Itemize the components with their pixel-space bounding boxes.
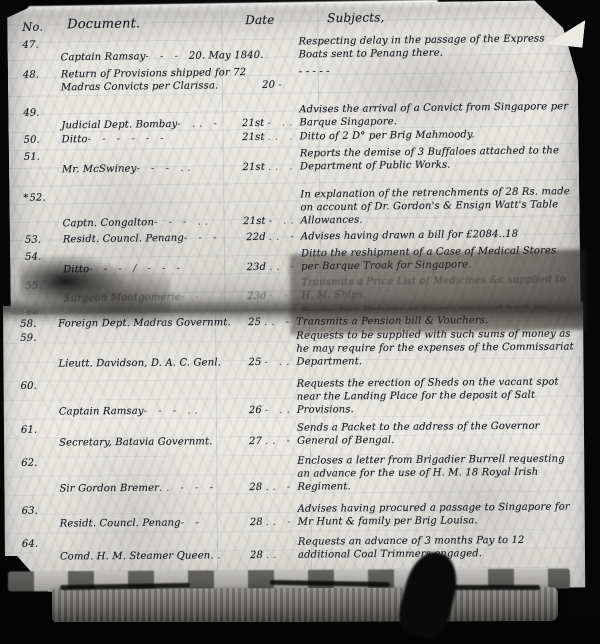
entry-date: 23d (247, 290, 267, 303)
register-entry: 53. Residt. Councl. Penang - - - 22d .. … (24, 227, 574, 247)
entry-subject: Requests to be supplied with such sums o… (296, 328, 575, 369)
entry-subject: Encloses a letter from Brigadier Burrell… (297, 453, 576, 494)
dash-leader: - .. (269, 215, 295, 228)
entry-subject: Ditto the reshipment of a Case of Medica… (301, 244, 574, 273)
dash-leader: .. - (264, 316, 290, 329)
register-entry: 61. Secretary, Batavia Governmt. 27 .. -… (20, 420, 576, 450)
dash-leader: - - - - - - (88, 131, 243, 146)
entry-document: Captain Ramsay - - - - - 20. May 1840. (60, 36, 292, 65)
dash-leader: .. (210, 549, 250, 562)
entry-number: 54. (24, 250, 57, 276)
entry-number: *52. (23, 191, 56, 230)
entry-date: 28 (250, 549, 263, 562)
entry-number: 64. (21, 538, 54, 564)
entry-document: Ditto - - - - - - 21st .. .. (62, 131, 294, 147)
entry-subject: - - - - - (299, 62, 572, 91)
dash-leader: - - - / - - - (89, 261, 247, 276)
dash-leader: - - (269, 289, 295, 302)
entry-number: 56. (25, 308, 58, 315)
entry-number: 63. (21, 505, 54, 531)
entry-document: Mr. McSwiney - - - .. 21st .. .. (62, 148, 294, 177)
dash-leader: - - - .. (136, 161, 242, 175)
entry-document: Ditto - - - / - - - 23d .. - (63, 247, 295, 276)
entry-number: 58. (19, 318, 52, 331)
register-page-top: No. Document. Date Subjects, 47. Captain… (7, 0, 581, 315)
entry-document: Lieutt. Davidson, D. A. C. Genl. 25 - .. (58, 330, 290, 371)
entry-document: Secretary, Batavia Governmt. 27 .. - (59, 422, 291, 450)
entry-number: 55. (24, 279, 57, 305)
entry-document: Residt. Councl. Penang - - 28 .. - (60, 503, 292, 531)
dash-leader: - - - .. (144, 404, 249, 418)
entry-date: 26 (249, 404, 262, 417)
dash-leader: - - - - - (145, 50, 189, 64)
entry-document: Comd. H. M. Steamer Queen .. 28 .. (60, 536, 292, 564)
document-name: Return of Provisions shipped for 72 Madr… (61, 66, 258, 94)
entry-date: 23d (247, 261, 267, 274)
document-name: Judicial Dept. Bombay (61, 118, 177, 132)
entry-document: Sir Gordon Bremer .. - - - 28 .. - (59, 455, 291, 496)
dash-leader: - .. (264, 356, 290, 369)
entry-date: 21st (242, 161, 265, 174)
entry-document: Foreign Dept. Madras Governmt. 25 .. - (58, 316, 290, 331)
register-entry: 62. Sir Gordon Bremer .. - - - 28 .. - E… (20, 453, 576, 496)
entry-subject: Ditto of 2 D° per Brig Mahmoody. (300, 127, 573, 143)
entry-list-top: 47. Captain Ramsay - - - - - 20. May 184… (7, 32, 580, 315)
entry-subject: In explanation of the retrenchments of 2… (300, 185, 573, 227)
register-entry: 60. Captain Ramsay - - - .. 26 - .. - Re… (20, 376, 576, 419)
entry-date: 21st (243, 215, 266, 228)
entry-subject: Advises having procured a passage to Sin… (298, 501, 577, 529)
entry-subject: Transmits a Pension bill & Vouchers. (296, 314, 575, 329)
dash-leader: - - - .. (154, 215, 243, 229)
entry-date: 28 (250, 516, 263, 529)
column-header-date: Date (245, 13, 274, 27)
document-name: Comd. H. M. Steamer Queen (60, 549, 210, 563)
book-fore-edge (52, 587, 558, 623)
dash-leader: .. - (265, 481, 291, 494)
backdrop-bottom (0, 622, 600, 644)
dash-leader: - .. - (265, 404, 291, 417)
dash-leader: .. .. (268, 131, 294, 144)
entry-document: Return of Provisions shipped for 72 Madr… (61, 66, 293, 95)
dash-leader: .. - - - (159, 481, 249, 495)
dash-leader: .. - (269, 231, 295, 244)
entry-date: 25 (248, 356, 261, 369)
register-entry: 59. Lieutt. Davidson, D. A. C. Genl. 25 … (19, 328, 575, 371)
entry-number: 50. (23, 133, 56, 146)
register-entry: 54. Ditto - - - / - - - 23d .. - Ditto t… (24, 244, 574, 277)
entry-number: 51. (23, 150, 56, 176)
entry-document: Captn. Congalton - - - .. 21st - .. (62, 189, 294, 231)
dash-leader: .. .. (268, 161, 294, 174)
document-name: Ditto (63, 263, 89, 276)
entry-subject: Requests the erection of Sheds on the va… (297, 376, 576, 417)
dash-leader: .. - (266, 516, 292, 529)
document-name: Captain Ramsay (59, 405, 144, 419)
entry-number: 61. (20, 424, 53, 450)
margin-mark: * (23, 193, 28, 204)
column-header-document: Document. (67, 16, 140, 32)
register-page-bottom: 58. Foreign Dept. Madras Governmt. 25 ..… (3, 301, 585, 592)
entry-number: 48. (22, 68, 55, 94)
register-entry: 47. Captain Ramsay - - - - - 20. May 184… (21, 32, 571, 65)
register-entry: 64. Comd. H. M. Steamer Queen .. 28 .. R… (21, 534, 577, 564)
document-name: Foreign Dept. Madras Governmt. (58, 316, 231, 330)
entry-date: 21st (242, 131, 265, 144)
column-header-no: No. (22, 20, 43, 34)
column-header-subjects: Subjects, (327, 10, 384, 25)
entry-number: 47. (21, 38, 54, 64)
document-name: Residt. Councl. Penang (60, 517, 181, 531)
dash-leader: - - (181, 516, 250, 530)
document-name: Lieutt. Davidson, D. A. C. Genl. (58, 356, 221, 370)
document-name: Secretary, Batavia Governmt. (59, 435, 213, 449)
register-entry: 55. Surgeon Montgomerie - - 23d - - Tran… (24, 273, 574, 306)
entry-subject: Advises having drawn a bill for £2084..1… (301, 227, 574, 243)
entry-document: Surgeon Montgomerie - - 23d - - (63, 276, 295, 305)
entry-number: 62. (20, 457, 53, 496)
document-name: Surgeon Montgomerie (63, 291, 180, 305)
entry-subject: Advises the arrival of a Convict from Si… (299, 100, 572, 129)
register-entry: 48. Return of Provisions shipped for 72 … (22, 62, 572, 95)
dash-leader: .. - (265, 435, 291, 448)
entry-date: 27 (249, 435, 262, 448)
entry-document: Residt. Councl. Penang - - - 22d .. - (63, 231, 295, 247)
register-entry: 63. Residt. Councl. Penang - - 28 .. - A… (21, 501, 577, 531)
entry-date: 21st (242, 117, 265, 130)
dash-leader: .. - (269, 260, 295, 273)
dash-leader: .. (266, 549, 292, 562)
entry-subject: Reports the demise of 3 Buffaloes attach… (300, 144, 573, 173)
entry-document: Captain Ramsay - - - .. 26 - .. - (59, 378, 291, 419)
document-name: Ditto (62, 133, 88, 146)
document-name: Captain Ramsay (61, 50, 146, 64)
entry-date: 22d (246, 231, 266, 244)
dash-leader: - - (181, 290, 247, 304)
entry-number: 53. (24, 233, 57, 246)
entry-date: 28 (249, 481, 262, 494)
entry-date: 25 (248, 316, 261, 329)
entry-date: 20 (262, 79, 275, 92)
entry-number: 59. (19, 332, 52, 371)
entry-number: 49. (22, 106, 55, 132)
entry-number: 60. (20, 380, 53, 419)
document-name: Captn. Congalton (63, 216, 155, 230)
entry-subject: Transmits a Price List of Medicines &c s… (301, 273, 574, 302)
dash-leader: - - - (184, 231, 247, 245)
dash-leader: - .. - (177, 117, 242, 131)
dash-leader: - .. - (267, 117, 293, 130)
document-name: Sir Gordon Bremer (59, 482, 159, 496)
document-name: Residt. Councl. Penang (63, 232, 184, 246)
entry-document: Judicial Dept. Bombay - .. - 21st - .. - (61, 104, 293, 133)
entry-subject: Sends a Packet to the address of the Gov… (297, 420, 576, 448)
register-entry: 51. Mr. McSwiney - - - .. 21st .. .. Rep… (23, 144, 573, 177)
register-entry: *52. Captn. Congalton - - - .. 21st - ..… (23, 185, 573, 231)
entry-subject: Respecting delay in the passage of the E… (298, 32, 571, 61)
document-name: Mr. McSwiney (62, 162, 137, 176)
entry-list-bottom: 58. Foreign Dept. Madras Governmt. 25 ..… (3, 313, 585, 564)
scanned-register-photo: No. Document. Date Subjects, 47. Captain… (0, 0, 600, 644)
dash-leader: - .. - (278, 79, 293, 92)
entry-date: 20. May 1840. (189, 49, 264, 63)
